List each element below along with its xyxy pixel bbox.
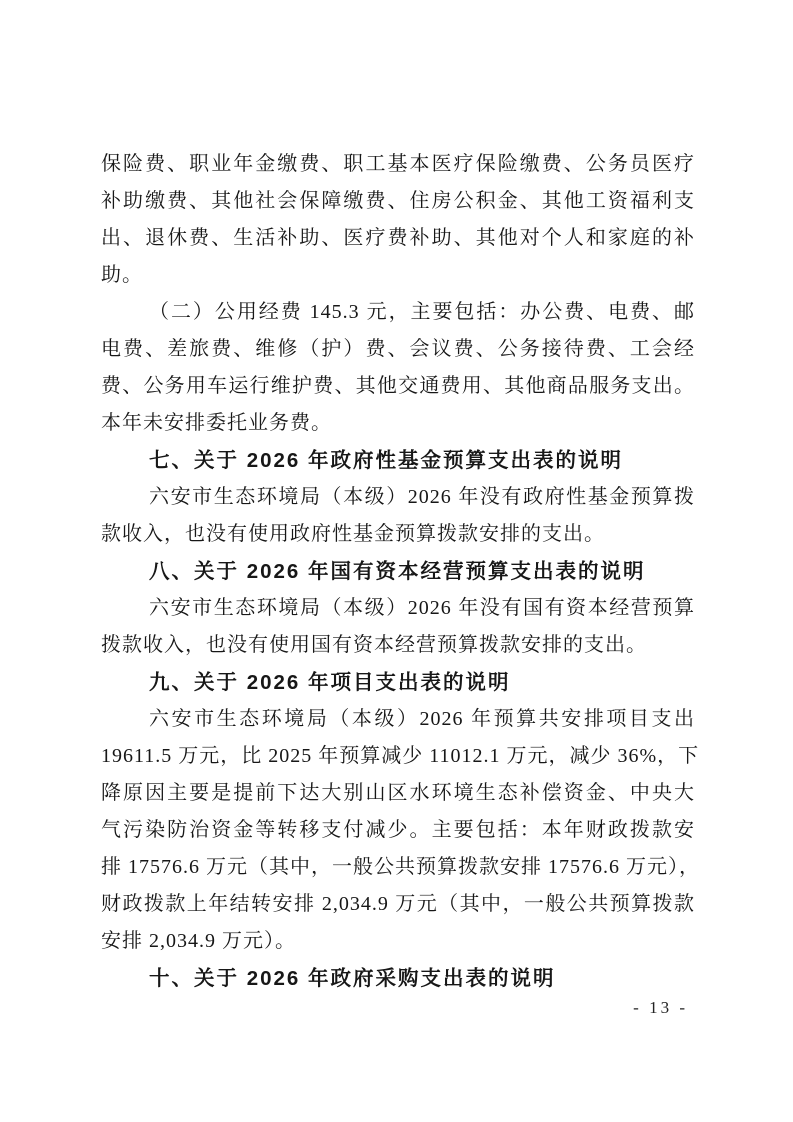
page-number: - 13 - [633, 998, 688, 1018]
text-line: 费、公务用车运行维护费、其他交通费用、其他商品服务支出。 [101, 368, 695, 405]
text-line: 气污染防治资金等转移支付减少。主要包括：本年财政拨款安 [101, 812, 695, 849]
text-line: 助。 [101, 257, 695, 294]
document-body: 保险费、职业年金缴费、职工基本医疗保险缴费、公务员医疗补助缴费、其他社会保障缴费… [101, 146, 695, 997]
text-line: 19611.5 万元，比 2025 年预算减少 11012.1 万元，减少 36… [101, 738, 695, 775]
document-page: 保险费、职业年金缴费、职工基本医疗保险缴费、公务员医疗补助缴费、其他社会保障缴费… [0, 0, 793, 1122]
text-line: 电费、差旅费、维修（护）费、会议费、公务接待费、工会经 [101, 331, 695, 368]
text-line: 本年未安排委托业务费。 [101, 405, 695, 442]
text-line: 财政拨款上年结转安排 2,034.9 万元（其中，一般公共预算拨款 [101, 886, 695, 923]
text-line: （二）公用经费 145.3 元，主要包括：办公费、电费、邮 [101, 294, 695, 331]
text-line: 降原因主要是提前下达大别山区水环境生态补偿资金、中央大 [101, 775, 695, 812]
text-line: 保险费、职业年金缴费、职工基本医疗保险缴费、公务员医疗 [101, 146, 695, 183]
text-line: 补助缴费、其他社会保障缴费、住房公积金、其他工资福利支 [101, 183, 695, 220]
section-heading: 十、关于 2026 年政府采购支出表的说明 [101, 960, 695, 997]
text-line: 拨款收入，也没有使用国有资本经营预算拨款安排的支出。 [101, 627, 695, 664]
text-line: 安排 2,034.9 万元）。 [101, 923, 695, 960]
text-line: 六安市生态环境局（本级）2026 年没有政府性基金预算拨 [101, 479, 695, 516]
text-line: 排 17576.6 万元（其中，一般公共预算拨款安排 17576.6 万元）， [101, 849, 695, 886]
text-line: 款收入，也没有使用政府性基金预算拨款安排的支出。 [101, 516, 695, 553]
section-heading: 九、关于 2026 年项目支出表的说明 [101, 664, 695, 701]
section-heading: 七、关于 2026 年政府性基金预算支出表的说明 [101, 442, 695, 479]
section-heading: 八、关于 2026 年国有资本经营预算支出表的说明 [101, 553, 695, 590]
text-line: 六安市生态环境局（本级）2026 年没有国有资本经营预算 [101, 590, 695, 627]
text-line: 出、退休费、生活补助、医疗费补助、其他对个人和家庭的补 [101, 220, 695, 257]
text-line: 六安市生态环境局（本级）2026 年预算共安排项目支出 [101, 701, 695, 738]
